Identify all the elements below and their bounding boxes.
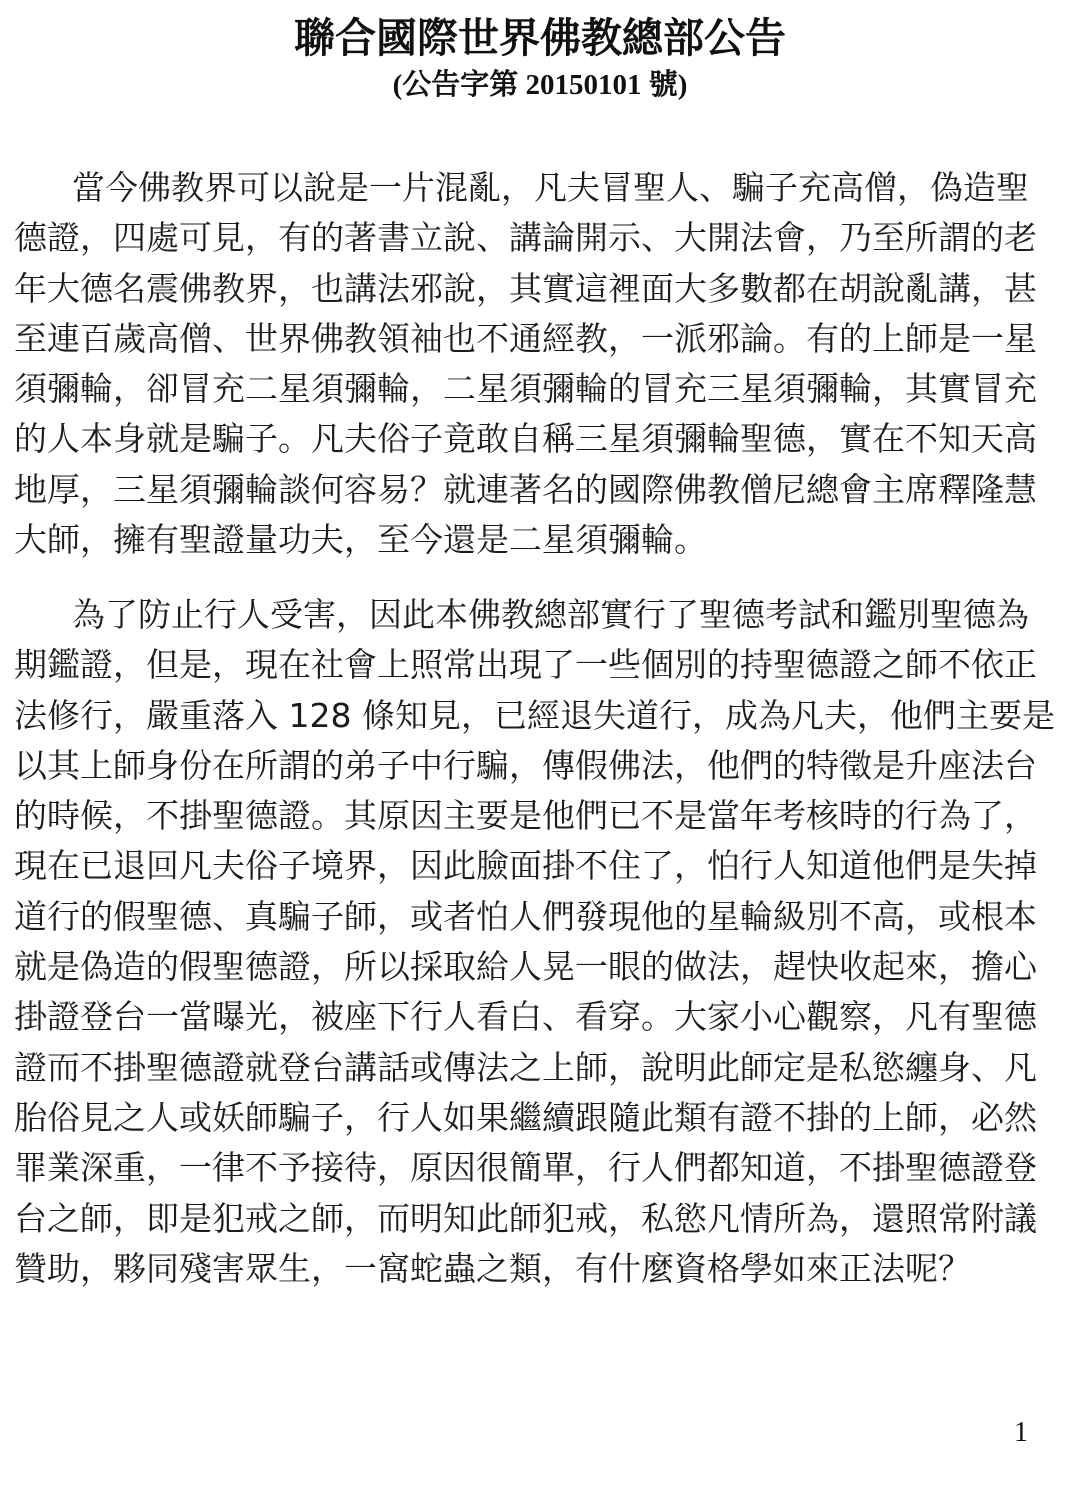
paragraph-2: 為了防止行人受害，因此本佛教總部實行了聖德考試和鑑別聖德為 期鑑證，但是，現在社…	[14, 590, 1034, 1294]
document-title: 聯合國際世界佛教總部公告	[0, 12, 1080, 64]
text-line: 年大德名震佛教界，也講法邪說，其實這裡面大多數都在胡說亂講，甚	[14, 264, 1034, 314]
page-number: 1	[1014, 1416, 1028, 1450]
text-line: 至連百歲高僧、世界佛教領袖也不通經教，一派邪論。有的上師是一星	[14, 314, 1034, 364]
text-line: 現在已退回凡夫俗子境界，因此臉面掛不住了，怕行人知道他們是失掉	[14, 841, 1034, 891]
text-line: 法修行，嚴重落入 128 條知見，已經退失道行，成為凡夫，他們主要是	[14, 691, 1034, 741]
document-subtitle: (公告字第 20150101 號)	[0, 66, 1080, 104]
text-line: 期鑑證，但是，現在社會上照常出現了一些個別的持聖德證之師不依正	[14, 640, 1034, 690]
text-line: 當今佛教界可以說是一片混亂，凡夫冒聖人、騙子充高僧，偽造聖	[14, 163, 1034, 213]
text-line: 地厚，三星須彌輪談何容易？就連著名的國際佛教僧尼總會主席釋隆慧	[14, 465, 1034, 515]
text-line: 道行的假聖德、真騙子師，或者怕人們發現他的星輪級別不高，或根本	[14, 892, 1034, 942]
text-line: 須彌輪，卻冒充二星須彌輪，二星須彌輪的冒充三星須彌輪，其實冒充	[14, 364, 1034, 414]
text-line: 的時候，不掛聖德證。其原因主要是他們已不是當年考核時的行為了，	[14, 791, 1034, 841]
paragraph-1: 當今佛教界可以說是一片混亂，凡夫冒聖人、騙子充高僧，偽造聖 德證，四處可見，有的…	[14, 163, 1034, 565]
text-line: 德證，四處可見，有的著書立說、講論開示、大開法會，乃至所謂的老	[14, 213, 1034, 263]
text-line: 以其上師身份在所謂的弟子中行騙，傳假佛法，他們的特徵是升座法台	[14, 741, 1034, 791]
text-line: 胎俗見之人或妖師騙子，行人如果繼續跟隨此類有證不掛的上師，必然	[14, 1093, 1034, 1143]
text-line: 台之師，即是犯戒之師，而明知此師犯戒，私慾凡情所為，還照常附議	[14, 1194, 1034, 1244]
text-line: 大師，擁有聖證量功夫，至今還是二星須彌輪。	[14, 515, 1034, 565]
text-line: 為了防止行人受害，因此本佛教總部實行了聖德考試和鑑別聖德為	[14, 590, 1034, 640]
text-line: 就是偽造的假聖德證，所以採取給人晃一眼的做法，趕快收起來，擔心	[14, 942, 1034, 992]
text-line: 贊助，夥同殘害眾生，一窩蛇蟲之類，有什麼資格學如來正法呢？	[14, 1244, 1034, 1294]
text-line: 罪業深重，一律不予接待，原因很簡單，行人們都知道，不掛聖德證登	[14, 1143, 1034, 1193]
text-line: 證而不掛聖德證就登台講話或傳法之上師，說明此師定是私慾纏身、凡	[14, 1043, 1034, 1093]
text-line: 掛證登台一當曝光，被座下行人看白、看穿。大家小心觀察，凡有聖德	[14, 992, 1034, 1042]
text-line: 的人本身就是騙子。凡夫俗子竟敢自稱三星須彌輪聖德，實在不知天高	[14, 414, 1034, 464]
